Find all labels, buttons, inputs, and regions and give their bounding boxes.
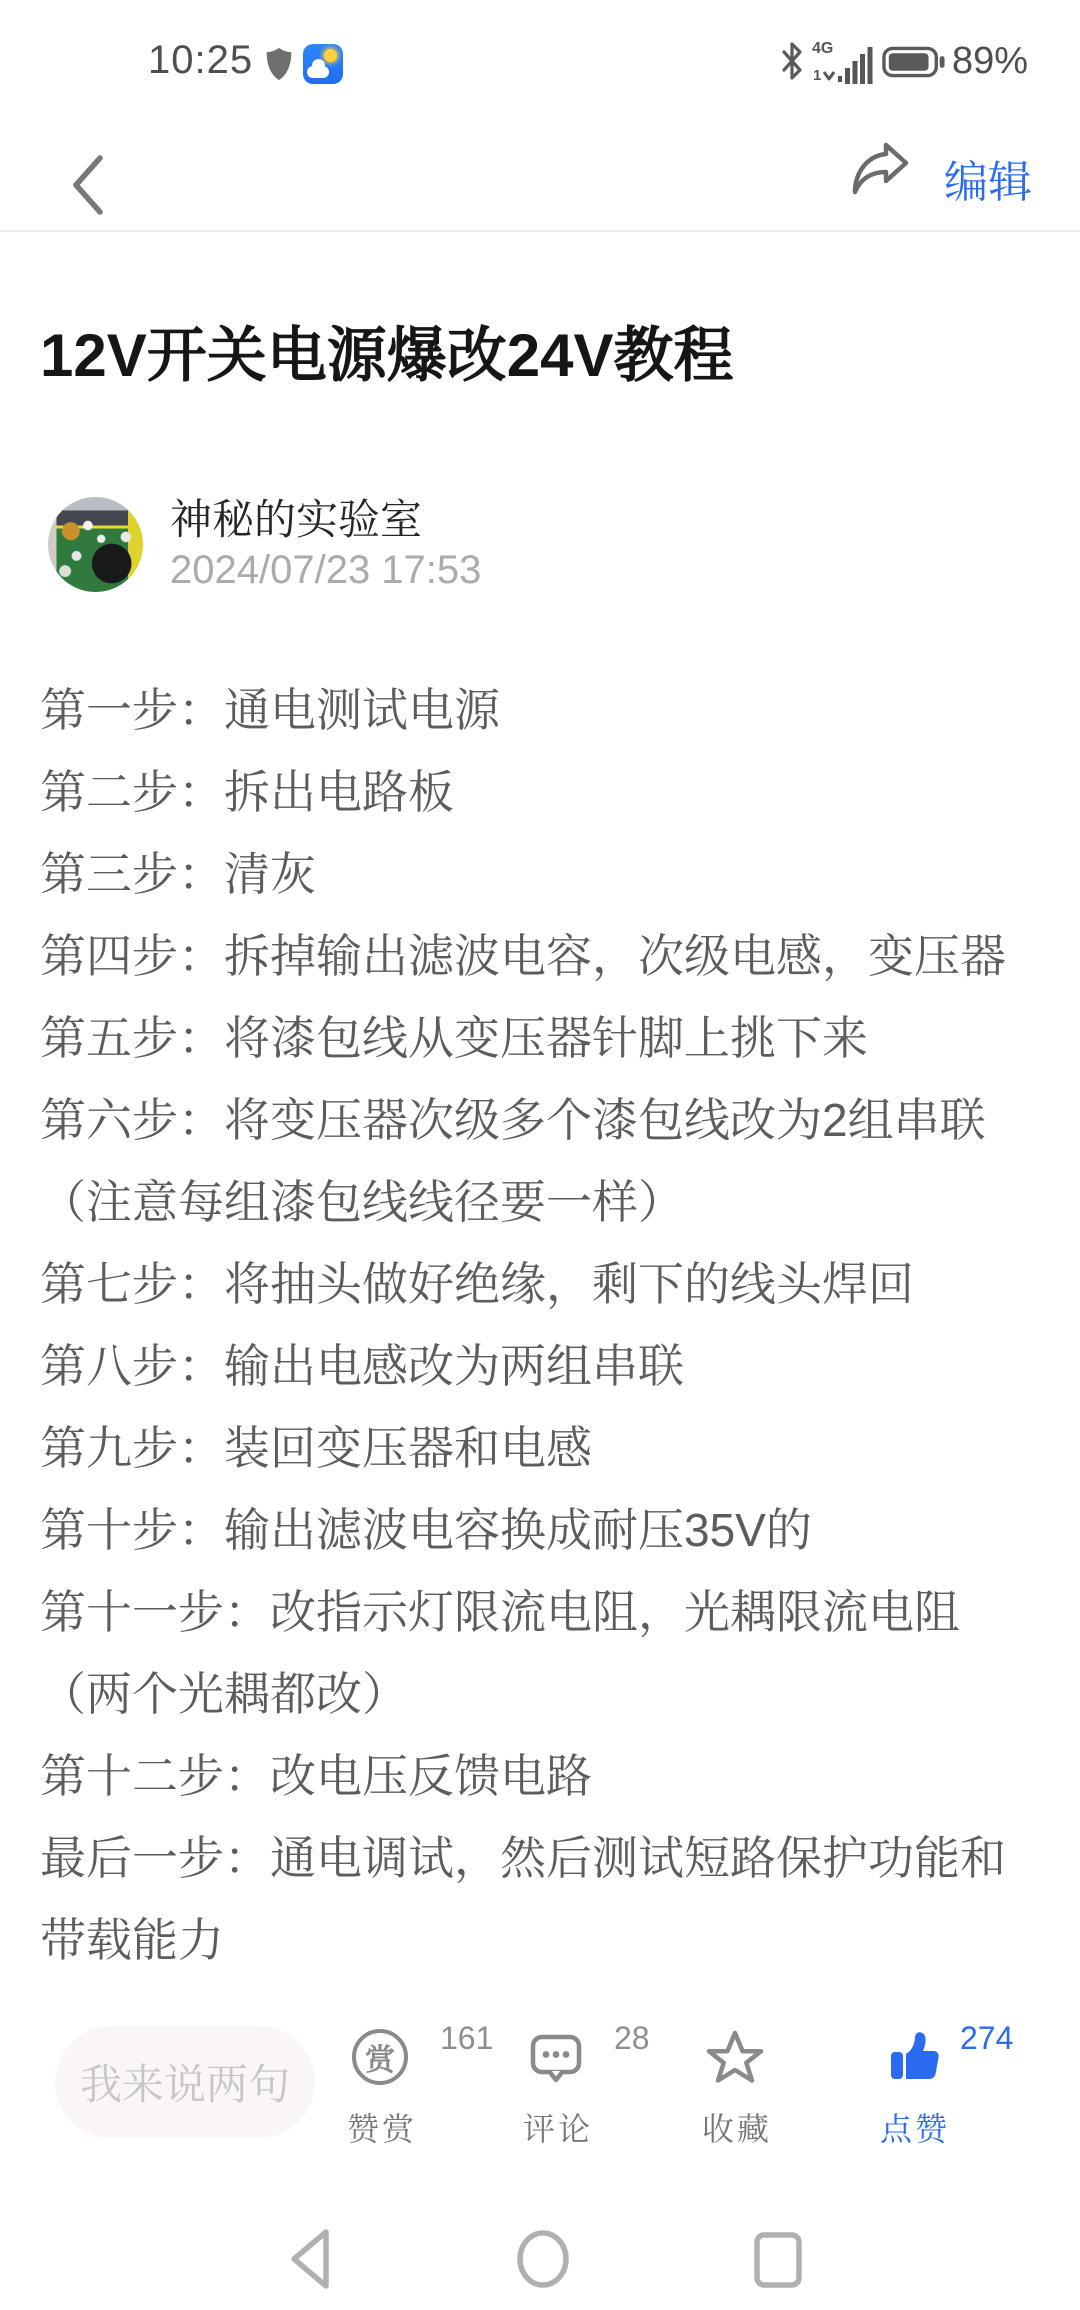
- page-title: 12V开关电源爆改24V教程: [40, 308, 1040, 394]
- like-count: 274: [960, 2020, 1013, 2057]
- comment-bubble-icon[interactable]: [526, 2028, 586, 2088]
- like-button[interactable]: 点赞: [880, 2104, 950, 2150]
- divider: [0, 230, 1080, 232]
- article-line: 第七步：将抽头做好绝缘，剩下的线头焊回: [40, 1243, 1040, 1325]
- thumbs-up-icon[interactable]: [883, 2026, 943, 2086]
- share-arrow-icon[interactable]: [848, 138, 912, 204]
- article-line: 第六步：将变压器次级多个漆包线改为2组串联: [40, 1079, 1040, 1161]
- star-icon[interactable]: [705, 2028, 765, 2088]
- comment-button[interactable]: 评论: [523, 2104, 593, 2150]
- back-button[interactable]: [68, 153, 108, 217]
- article-line: 第十步：输出滤波电容换成耐压35V的: [40, 1489, 1040, 1571]
- signal-icon: 4G 1: [812, 38, 878, 84]
- article-line: 第八步：输出电感改为两组串联: [40, 1325, 1040, 1407]
- article-line: 带载能力: [40, 1899, 1040, 1981]
- article-line: 第十一步：改指示灯限流电阻，光耦限流电阻: [40, 1571, 1040, 1653]
- article-line: 第四步：拆掉输出滤波电容，次级电感，变压器: [40, 915, 1040, 997]
- reward-button[interactable]: 赞赏: [347, 2104, 417, 2150]
- cloud-icon: [307, 66, 329, 78]
- battery-percent: 89%: [952, 40, 1028, 83]
- sun-icon: [324, 49, 337, 62]
- edit-button[interactable]: 编辑: [944, 146, 1032, 210]
- comment-input[interactable]: 我来说两句: [55, 2026, 315, 2138]
- author-avatar[interactable]: [48, 497, 143, 592]
- phone-screen: 10:25 4G 1 89% 编辑 12V开关电源爆改24V教程 神秘的实验室: [0, 0, 1080, 2310]
- article-line: 最后一步：通电调试，然后测试短路保护功能和: [40, 1817, 1040, 1899]
- article-line: 第二步：拆出电路板: [40, 751, 1040, 833]
- bluetooth-icon: [780, 39, 804, 83]
- network-type-label: 4G: [812, 40, 833, 57]
- publish-date: 2024/07/23 17:53: [170, 548, 481, 593]
- nav-back-triangle-icon[interactable]: [284, 2226, 334, 2292]
- article-line: 第五步：将漆包线从变压器针脚上挑下来: [40, 997, 1040, 1079]
- shield-icon: [263, 46, 295, 82]
- favorite-button[interactable]: 收藏: [702, 2104, 772, 2150]
- reward-count: 161: [440, 2020, 493, 2057]
- weather-icon: [303, 44, 343, 84]
- article-line: 第三步：清灰: [40, 833, 1040, 915]
- article-line: 第一步：通电测试电源: [40, 669, 1040, 751]
- article-line: 第十二步：改电压反馈电路: [40, 1735, 1040, 1817]
- article-line: （两个光耦都改）: [40, 1653, 1040, 1735]
- status-time: 10:25: [148, 38, 253, 83]
- author-name[interactable]: 神秘的实验室: [170, 487, 422, 547]
- article-body: 第一步：通电测试电源 第二步：拆出电路板 第三步：清灰 第四步：拆掉输出滤波电容…: [40, 669, 1040, 1981]
- sim2-label: 1: [813, 67, 821, 84]
- article-line: 第九步：装回变压器和电感: [40, 1407, 1040, 1489]
- battery-icon: [882, 44, 946, 80]
- reward-icon[interactable]: 赏: [352, 2029, 408, 2085]
- article-line: （注意每组漆包线线径要一样）: [40, 1161, 1040, 1243]
- nav-home-circle-icon[interactable]: [515, 2228, 571, 2290]
- comment-count: 28: [614, 2020, 650, 2057]
- reward-glyph: 赏: [365, 2035, 395, 2079]
- nav-recents-square-icon[interactable]: [752, 2231, 804, 2289]
